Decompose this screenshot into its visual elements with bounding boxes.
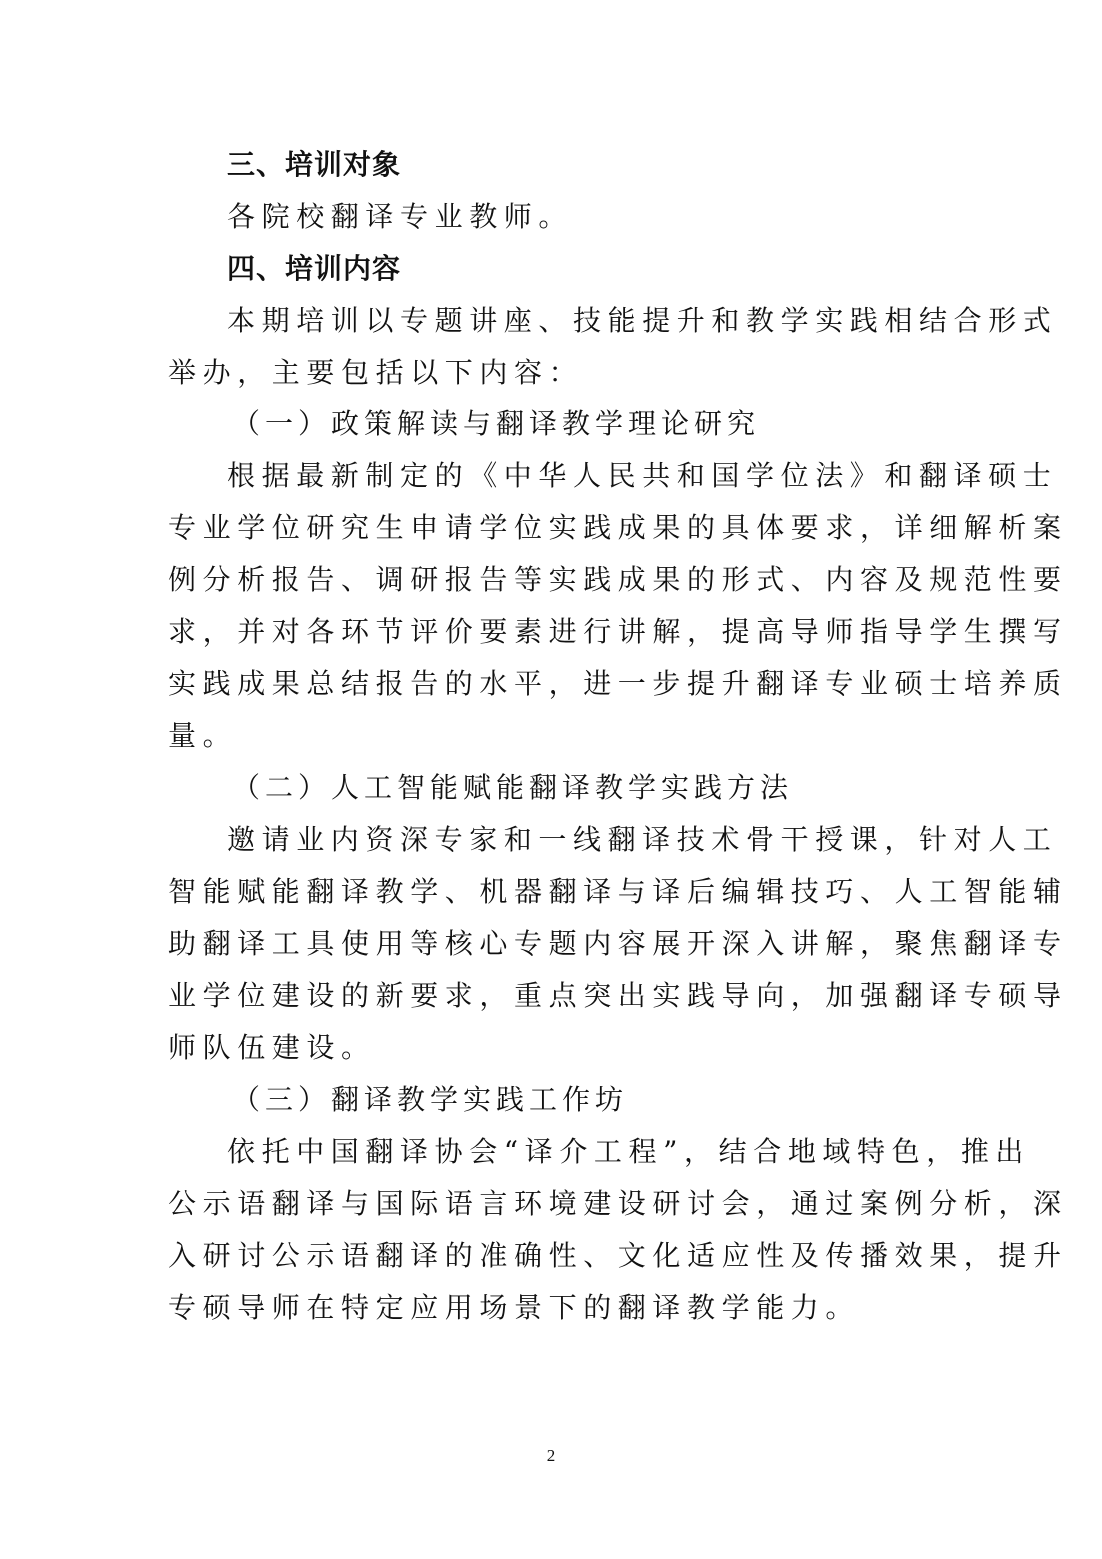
paragraph-line: 实践成果总结报告的水平，进一步提升翻译专业硕士培养质 <box>168 658 1068 710</box>
paragraph-line: 举办，主要包括以下内容： <box>168 347 583 399</box>
section-heading-training-content: 四、培训内容 <box>227 243 401 295</box>
subsection-title-teaching-workshop: （三）翻译教学实践工作坊 <box>232 1074 628 1126</box>
paragraph-line: 根据最新制定的《中华人民共和国学位法》和翻译硕士 <box>227 450 1057 502</box>
paragraph-line: 入研讨公示语翻译的准确性、文化适应性及传播效果，提升 <box>168 1230 1068 1282</box>
paragraph-line: 智能赋能翻译教学、机器翻译与译后编辑技巧、人工智能辅 <box>168 866 1068 918</box>
paragraph-line: 各院校翻译专业教师。 <box>227 191 573 243</box>
paragraph-line: 本期培训以专题讲座、技能提升和教学实践相结合形式 <box>227 295 1057 347</box>
paragraph-line: 业学位建设的新要求，重点突出实践导向，加强翻译专硕导 <box>168 970 1068 1022</box>
paragraph-line: 公示语翻译与国际语言环境建设研讨会，通过案例分析，深 <box>168 1178 1068 1230</box>
page-number: 2 <box>0 1446 1102 1466</box>
paragraph-line: 依托中国翻译协会“译介工程”，结合地域特色，推出 <box>227 1126 1030 1178</box>
paragraph-line: 量。 <box>168 710 237 762</box>
subsection-title-policy-interpretation: （一）政策解读与翻译教学理论研究 <box>232 398 760 450</box>
paragraph-line: 邀请业内资深专家和一线翻译技术骨干授课，针对人工 <box>227 814 1057 866</box>
section-heading-training-targets: 三、培训对象 <box>227 139 401 191</box>
paragraph-line: 专业学位研究生申请学位实践成果的具体要求，详细解析案 <box>168 502 1068 554</box>
document-page: 三、培训对象 各院校翻译专业教师。 四、培训内容 本期培训以专题讲座、技能提升和… <box>0 0 1102 1559</box>
paragraph-line: 师队伍建设。 <box>168 1022 376 1074</box>
paragraph-line: 专硕导师在特定应用场景下的翻译教学能力。 <box>168 1282 860 1334</box>
paragraph-line: 求，并对各环节评价要素进行讲解，提高导师指导学生撰写 <box>168 606 1068 658</box>
paragraph-line: 助翻译工具使用等核心专题内容展开深入讲解，聚焦翻译专 <box>168 918 1068 970</box>
paragraph-line: 例分析报告、调研报告等实践成果的形式、内容及规范性要 <box>168 554 1068 606</box>
subsection-title-ai-empowered-teaching: （二）人工智能赋能翻译教学实践方法 <box>232 762 793 814</box>
